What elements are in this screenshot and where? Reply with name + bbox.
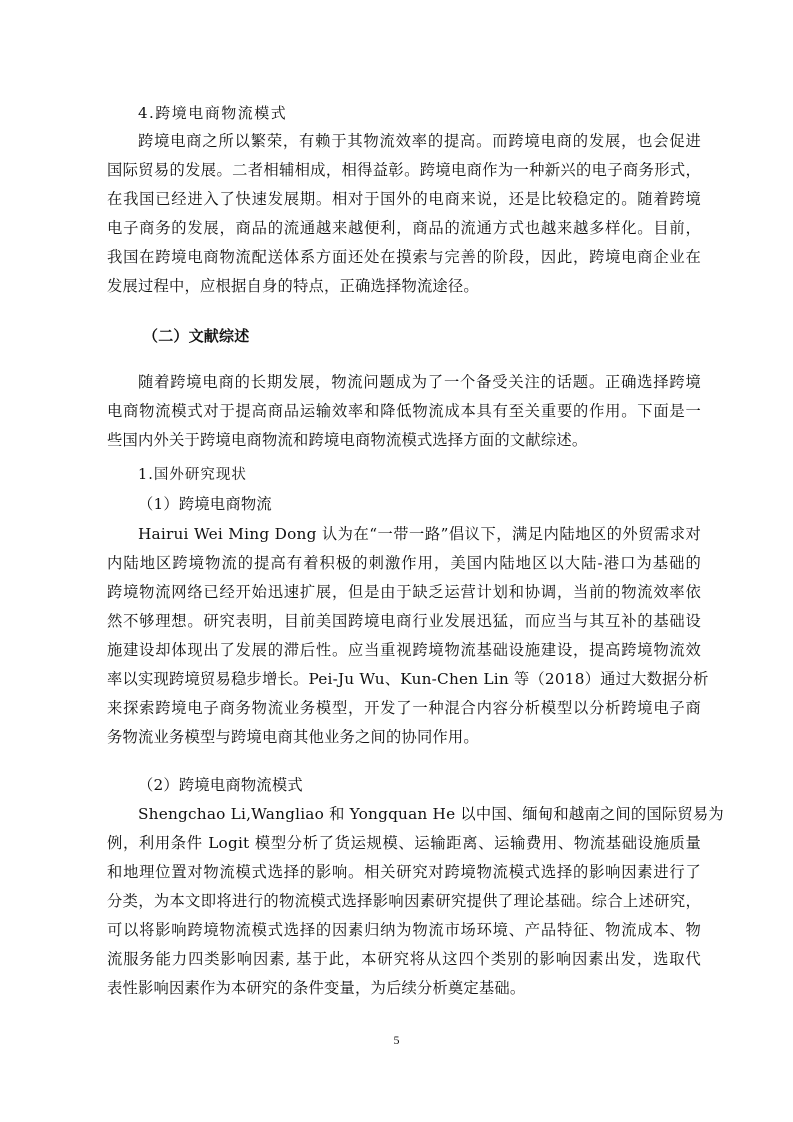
paragraph-line: Hairui Wei Ming Dong 认为在“一带一路”倡议下，满足内陆地区… (107, 524, 701, 544)
paragraph-line: 流服务能力四类影响因素, 基于此，本研究将从这四个类别的影响因素出发，选取代 (107, 949, 701, 969)
section-4-heading: 4.跨境电商物流模式 (138, 103, 732, 123)
paragraph-line: 可以将影响跨境物流模式选择的因素归纳为物流市场环境、产品特征、物流成本、物 (107, 920, 701, 940)
paragraph-line: 例，利用条件 Logit 模型分析了货运规模、运输距离、运输费用、物流基础设施质… (107, 833, 701, 853)
paragraph-line: 分类，为本文即将进行的物流模式选择影响因素研究提供了理论基础。综合上述研究， (107, 891, 701, 911)
paragraph-line: 在我国已经进入了快速发展期。相对于国外的电商来说，还是比较稳定的。随着跨境 (107, 189, 701, 209)
page-number: 5 (0, 1033, 793, 1048)
paragraph-line: 发展过程中，应根据自身的特点，正确选择物流途径。 (107, 276, 701, 296)
paragraph-line: 国际贸易的发展。二者相辅相成，相得益彰。跨境电商作为一种新兴的电子商务形式， (107, 160, 701, 180)
paragraph-line: Shengchao Li,Wangliao 和 Yongquan He 以中国、… (107, 804, 701, 824)
paragraph-line: 和地理位置对物流模式选择的影响。相关研究对跨境物流模式选择的影响因素进行了 (107, 862, 701, 882)
paragraph-line: 随着跨境电商的长期发展，物流问题成为了一个备受关注的话题。正确选择跨境 (107, 372, 701, 392)
literature-review-heading: （二）文献综述 (143, 326, 737, 346)
paragraph-line: 率以实现跨境贸易稳步增长。Pei-Ju Wu、Kun-Chen Lin 等（20… (107, 669, 701, 689)
paragraph-line: 来探索跨境电子商务物流业务模型，开发了一种混合内容分析模型以分析跨境电子商 (107, 698, 701, 718)
paragraph-line: 表性影响因素作为本研究的条件变量，为后续分析奠定基础。 (107, 978, 701, 998)
foreign-research-heading: 1.国外研究现状 (138, 465, 732, 485)
sub1-heading: （1）跨境电商物流 (138, 494, 732, 514)
sub2-heading: （2）跨境电商物流模式 (138, 775, 732, 795)
paragraph-line: 些国内外关于跨境电商物流和跨境电商物流模式选择方面的文献综述。 (107, 430, 701, 450)
paragraph-line: 务物流业务模型与跨境电商其他业务之间的协同作用。 (107, 727, 701, 747)
paragraph-line: 施建设却体现出了发展的滞后性。应当重视跨境物流基础设施建设，提高跨境物流效 (107, 640, 701, 660)
paragraph-line: 跨境电商之所以繁荣，有赖于其物流效率的提高。而跨境电商的发展，也会促进 (107, 131, 701, 151)
paragraph-line: 我国在跨境电商物流配送体系方面还处在摸索与完善的阶段，因此，跨境电商企业在 (107, 247, 701, 267)
paragraph-line: 跨境物流网络已经开始迅速扩展，但是由于缺乏运营计划和协调，当前的物流效率依 (107, 582, 701, 602)
paragraph-line: 电商物流模式对于提高商品运输效率和降低物流成本具有至关重要的作用。下面是一 (107, 401, 701, 421)
paragraph-line: 然不够理想。研究表明，目前美国跨境电商行业发展迅猛，而应当与其互补的基础设 (107, 611, 701, 631)
paragraph-line: 电子商务的发展，商品的流通越来越便利，商品的流通方式也越来越多样化。目前， (107, 218, 701, 238)
paragraph-line: 内陆地区跨境物流的提高有着积极的刺激作用，美国内陆地区以大陆-港口为基础的 (107, 553, 701, 573)
